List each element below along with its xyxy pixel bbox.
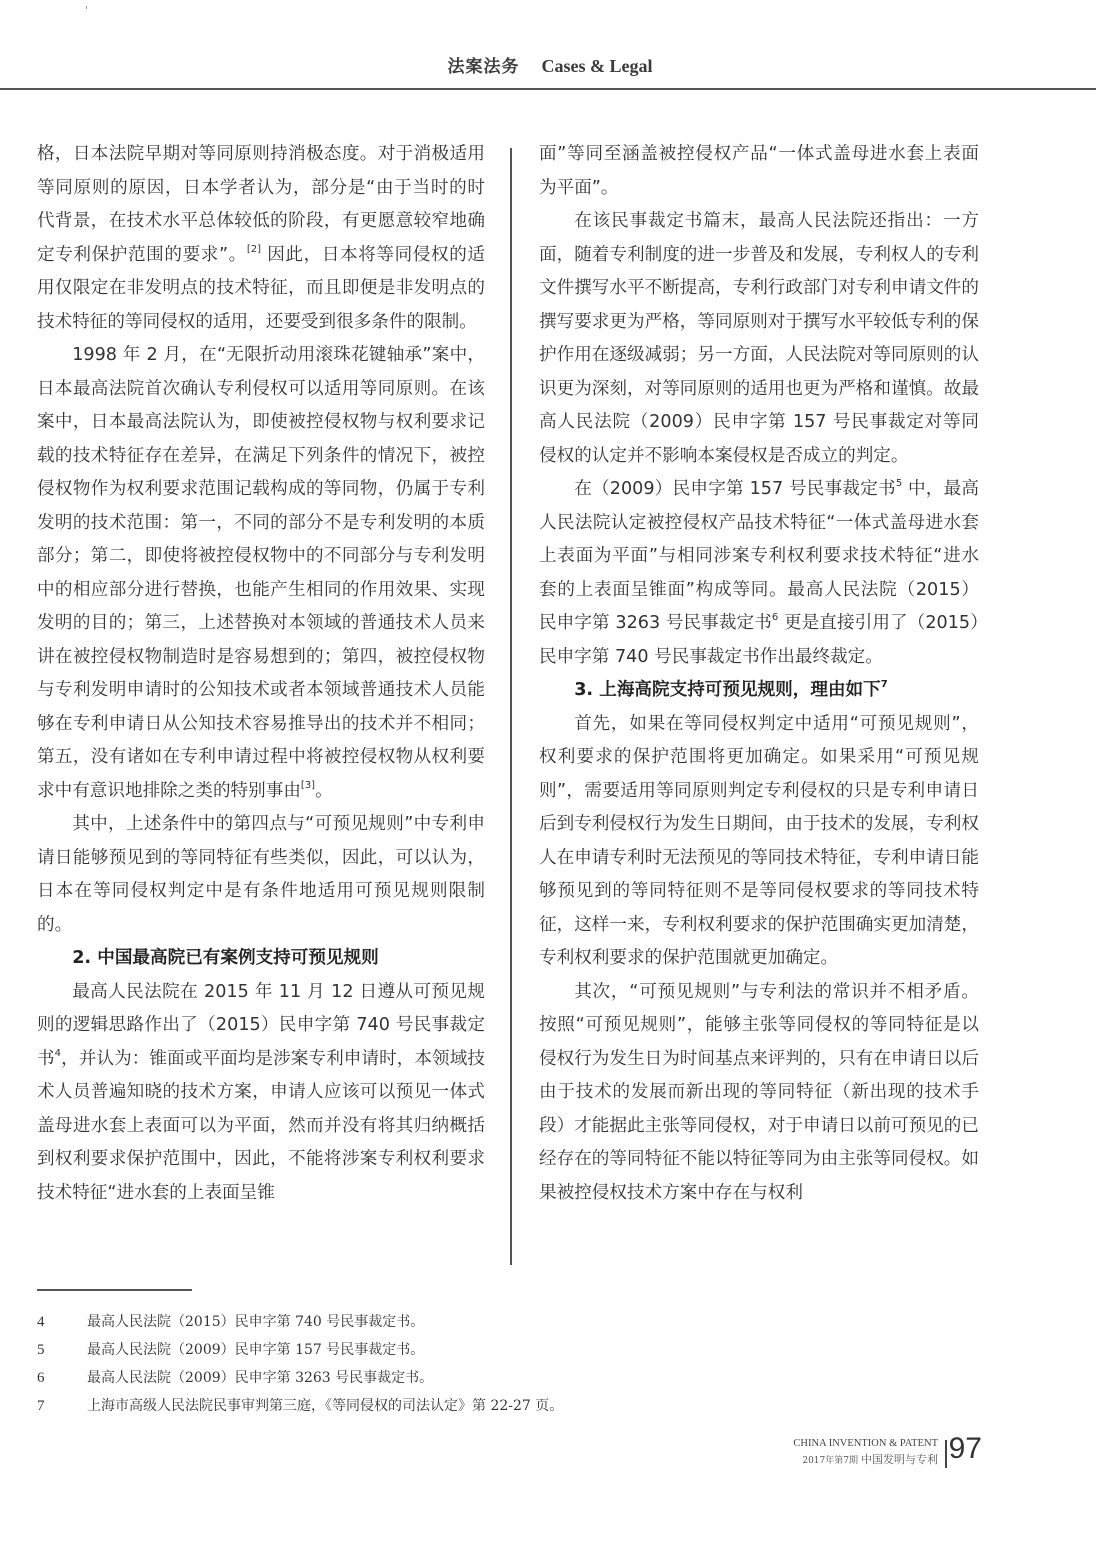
section-heading: 2. 中国最高院已有案例支持可预见规则 bbox=[37, 942, 485, 976]
citation-ref: [3] bbox=[301, 780, 315, 791]
footnote-number: 7 bbox=[37, 1392, 87, 1420]
page-number: 97 bbox=[949, 1432, 982, 1466]
footnote-text: 最高人民法院（2009）民申字第 157 号民事裁定书。 bbox=[87, 1336, 424, 1364]
column-divider bbox=[510, 148, 512, 1265]
footnote-item: 5 最高人民法院（2009）民申字第 157 号民事裁定书。 bbox=[37, 1336, 717, 1364]
issue-label: 2017年第7期 bbox=[802, 1456, 858, 1466]
footnote-item: 4 最高人民法院（2015）民申字第 740 号民事裁定书。 bbox=[37, 1308, 717, 1336]
paragraph: 1998 年 2 月，在“无限折动用滚珠花键轴承”案中，日本最高法院首次确认专利… bbox=[37, 339, 485, 808]
paragraph: 格，日本法院早期对等同原则持消极态度。对于消极适用等同原则的原因，日本学者认为，… bbox=[37, 138, 485, 339]
right-column: 面”等同至涵盖被控侵权产品“一体式盖母进水套上表面为平面”。 在该民事裁定书篇末… bbox=[539, 138, 979, 1210]
paragraph: 在该民事裁定书篇末，最高人民法院还指出：一方面，随着专利制度的进一步普及和发展，… bbox=[539, 205, 979, 473]
paragraph: 首先，如果在等同侵权判定中适用“可预见规则”，权利要求的保护范围将更加确定。如果… bbox=[539, 708, 979, 976]
header-rule bbox=[0, 88, 1096, 90]
running-header: 法案法务 Cases & Legal bbox=[0, 52, 1100, 77]
left-column: 格，日本法院早期对等同原则持消极态度。对于消极适用等同原则的原因，日本学者认为，… bbox=[37, 138, 485, 1210]
section-title-zh: 法案法务 bbox=[448, 57, 520, 77]
footnote-number: 5 bbox=[37, 1336, 87, 1364]
scan-mark bbox=[86, 6, 87, 9]
paragraph: 其中，上述条件中的第四点与“可预见规则”中专利申请日能够预见到的等同特征有些类似… bbox=[37, 808, 485, 942]
citation-ref: [2] bbox=[247, 244, 261, 255]
footnote-number: 4 bbox=[37, 1308, 87, 1336]
section-heading: 3. 上海高院支持可预见规则，理由如下7 bbox=[539, 674, 979, 708]
footer-divider bbox=[945, 1440, 947, 1468]
footnote-text: 最高人民法院（2009）民申字第 3263 号民事裁定书。 bbox=[87, 1364, 433, 1392]
page-footer: CHINA INVENTION & PATENT 2017年第7期中国发明与专利… bbox=[800, 1438, 1000, 1478]
footnote-ref: 7 bbox=[881, 679, 888, 690]
paragraph: 面”等同至涵盖被控侵权产品“一体式盖母进水套上表面为平面”。 bbox=[539, 138, 979, 205]
magazine-name-zh: 2017年第7期中国发明与专利 bbox=[802, 1451, 938, 1467]
footnote-item: 6 最高人民法院（2009）民申字第 3263 号民事裁定书。 bbox=[37, 1364, 717, 1392]
section-title-en: Cases & Legal bbox=[541, 56, 652, 76]
footnotes: 4 最高人民法院（2015）民申字第 740 号民事裁定书。 5 最高人民法院（… bbox=[37, 1308, 717, 1420]
footnote-text: 最高人民法院（2015）民申字第 740 号民事裁定书。 bbox=[87, 1308, 424, 1336]
paragraph: 其次，“可预见规则”与专利法的常识并不相矛盾。按照“可预见规则”，能够主张等同侵… bbox=[539, 976, 979, 1211]
footnote-item: 7 上海市高级人民法院民事审判第三庭，《等同侵权的司法认定》第 22-27 页。 bbox=[37, 1392, 717, 1420]
footnote-number: 6 bbox=[37, 1364, 87, 1392]
paragraph: 最高人民法院在 2015 年 11 月 12 日遵从可预见规则的逻辑思路作出了（… bbox=[37, 976, 485, 1211]
paragraph: 在（2009）民申字第 157 号民事裁定书5 中，最高人民法院认定被控侵权产品… bbox=[539, 473, 979, 674]
footnote-text: 上海市高级人民法院民事审判第三庭，《等同侵权的司法认定》第 22-27 页。 bbox=[87, 1392, 563, 1420]
magazine-name-en: CHINA INVENTION & PATENT bbox=[793, 1438, 938, 1449]
footnote-rule bbox=[37, 1289, 192, 1291]
